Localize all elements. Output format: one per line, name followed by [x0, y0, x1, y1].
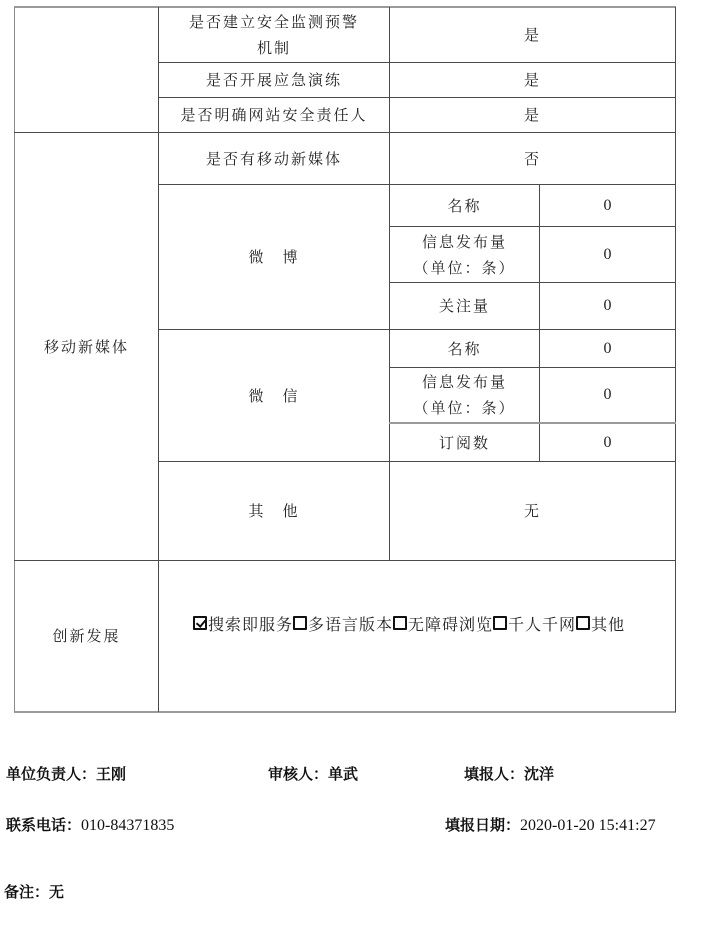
- reviewer: 审核人：单武: [268, 763, 358, 784]
- question-monitoring-warning: 是否建立安全监测预警 机制: [159, 7, 389, 62]
- answer-emergency-drill: 是: [390, 63, 675, 97]
- checkbox-other[interactable]: [576, 616, 590, 630]
- question-emergency-drill: 是否开展应急演练: [159, 63, 389, 97]
- question-has-mobile-media: 是否有移动新媒体: [159, 133, 389, 184]
- answer-monitoring-warning: 是: [390, 7, 675, 62]
- fill-date-value: 2020-01-20 15:41:27: [520, 817, 656, 834]
- question-line-1: 是否建立安全监测预警: [189, 9, 359, 35]
- unit-head-value: 王刚: [96, 765, 126, 783]
- filler: 填报人：沈洋: [464, 763, 554, 784]
- weibo-name-field: 名称: [390, 185, 539, 226]
- remarks: 备注：无: [4, 881, 64, 902]
- mobile-media-section-label: 移动新媒体: [15, 133, 158, 560]
- wechat-subscribers-value: 0: [540, 424, 675, 461]
- phone: 联系电话：010-84371835: [6, 814, 174, 835]
- reviewer-value: 单武: [328, 765, 358, 783]
- field-line-2: （单位：条）: [413, 255, 515, 281]
- other-media-label: 其 他: [159, 462, 389, 560]
- table-right-border: [675, 7, 676, 712]
- wechat-label: 微 信: [159, 330, 389, 461]
- option-label: 搜索即服务: [208, 612, 293, 635]
- fill-date: 填报日期：2020-01-20 15:41:27: [445, 814, 656, 835]
- wechat-post-count-value: 0: [540, 368, 675, 422]
- weibo-name-value: 0: [540, 185, 675, 226]
- filler-value: 沈洋: [524, 765, 554, 783]
- question-line-2: 机制: [257, 35, 291, 61]
- wechat-name-field: 名称: [390, 330, 539, 367]
- filler-label: 填报人：: [464, 765, 524, 783]
- option-label: 无障碍浏览: [408, 612, 493, 635]
- option-label: 多语言版本: [308, 612, 393, 635]
- phone-value: 010-84371835: [81, 817, 174, 834]
- checkbox-personalized[interactable]: [493, 616, 507, 630]
- remarks-value: 无: [49, 883, 64, 901]
- other-media-value: 无: [390, 462, 675, 560]
- answer-has-mobile-media: 否: [390, 133, 675, 184]
- option-label: 其他: [591, 612, 625, 635]
- field-line-2: （单位：条）: [413, 395, 515, 421]
- weibo-followers-field: 关注量: [390, 283, 539, 329]
- unit-head-label: 单位负责人：: [6, 765, 96, 783]
- weibo-post-count-field: 信息发布量 （单位：条）: [390, 227, 539, 282]
- phone-label: 联系电话：: [6, 816, 81, 834]
- field-line-1: 信息发布量: [422, 229, 507, 255]
- fill-date-label: 填报日期：: [445, 816, 520, 834]
- checkbox-accessibility[interactable]: [393, 616, 407, 630]
- checkbox-multilingual[interactable]: [293, 616, 307, 630]
- wechat-post-count-field: 信息发布量 （单位：条）: [390, 368, 539, 422]
- innovation-section-label: 创新发展: [15, 561, 158, 711]
- question-security-owner: 是否明确网站安全责任人: [159, 98, 389, 132]
- wechat-name-value: 0: [540, 330, 675, 367]
- reviewer-label: 审核人：: [268, 765, 328, 783]
- weibo-post-count-value: 0: [540, 227, 675, 282]
- option-label: 千人千网: [508, 612, 576, 635]
- weibo-followers-value: 0: [540, 283, 675, 329]
- answer-security-owner: 是: [390, 98, 675, 132]
- unit-head: 单位负责人：王刚: [6, 763, 126, 784]
- table-bottom-border: [14, 711, 676, 713]
- innovation-options: 搜索即服务 多语言版本 无障碍浏览 千人千网 其他: [193, 612, 625, 634]
- wechat-subscribers-field: 订阅数: [390, 424, 539, 461]
- checkbox-search-service[interactable]: [193, 616, 207, 630]
- remarks-label: 备注：: [4, 883, 49, 901]
- weibo-label: 微 博: [159, 185, 389, 329]
- field-line-1: 信息发布量: [422, 369, 507, 395]
